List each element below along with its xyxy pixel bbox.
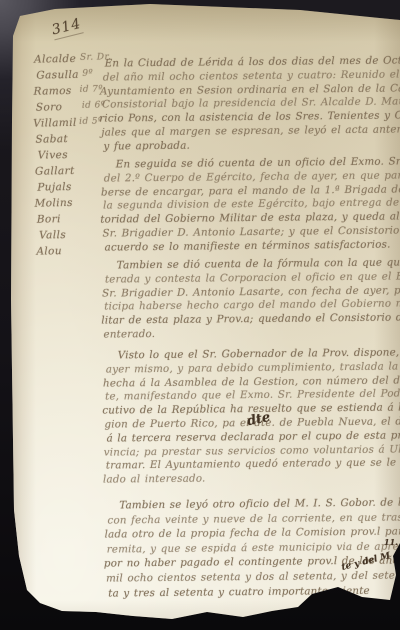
page-number: 314 [50, 16, 83, 41]
text-line: y fue aprobada. [98, 137, 400, 154]
attendee-name: Villamilid 5º [33, 117, 77, 130]
ink-insertion: 11. [384, 537, 398, 547]
text-line: ta y tres al setenta y cuatro importante… [103, 583, 400, 601]
attendee-name: Ramosid 7º [33, 85, 71, 98]
attendee-name: Bori [37, 213, 61, 225]
attendee-name: Vives [38, 149, 69, 162]
paragraph: Tambien se dió cuenta de la fórmula con … [100, 256, 400, 342]
attendee-name: Sabat [35, 133, 68, 146]
text-line: lado al interesado. [102, 471, 400, 488]
margin-attendee-list: AlcaldeSr. Dr.Gasulla9ºRamosid 7ºSoroid … [33, 0, 103, 1]
manuscript-photo: 314 AlcaldeSr. Dr.Gasulla9ºRamosid 7ºSor… [0, 0, 400, 630]
attendee-ordinal-note: 9º [82, 69, 93, 79]
attendee-name: Molins [34, 197, 73, 210]
text-line: enterado. [100, 325, 400, 342]
attendee-name: Gallart [35, 165, 75, 178]
paper-page: 314 AlcaldeSr. Dr.Gasulla9ºRamosid 7ºSor… [0, 0, 400, 630]
body-text: En la Ciudad de Lérida á los dos dias de… [97, 0, 400, 2]
attendee-name: Soroid 6º [36, 101, 63, 113]
attendee-name: Valls [39, 229, 66, 241]
attendee-name: AlcaldeSr. Dr. [34, 53, 76, 66]
text-line: acuerdo se lo manifieste en términos sat… [100, 238, 400, 255]
paragraph: En seguida se dió cuenta de un oficio de… [99, 155, 400, 255]
attendee-name: Gasulla9º [36, 69, 79, 82]
attendee-name: Pujals [37, 181, 72, 194]
attendee-name: Alou [36, 245, 62, 257]
paragraph: Tambien se leyó otro oficio del M. I. S.… [102, 495, 400, 600]
paragraph: En la Ciudad de Lérida á los dos dias de… [98, 54, 400, 154]
